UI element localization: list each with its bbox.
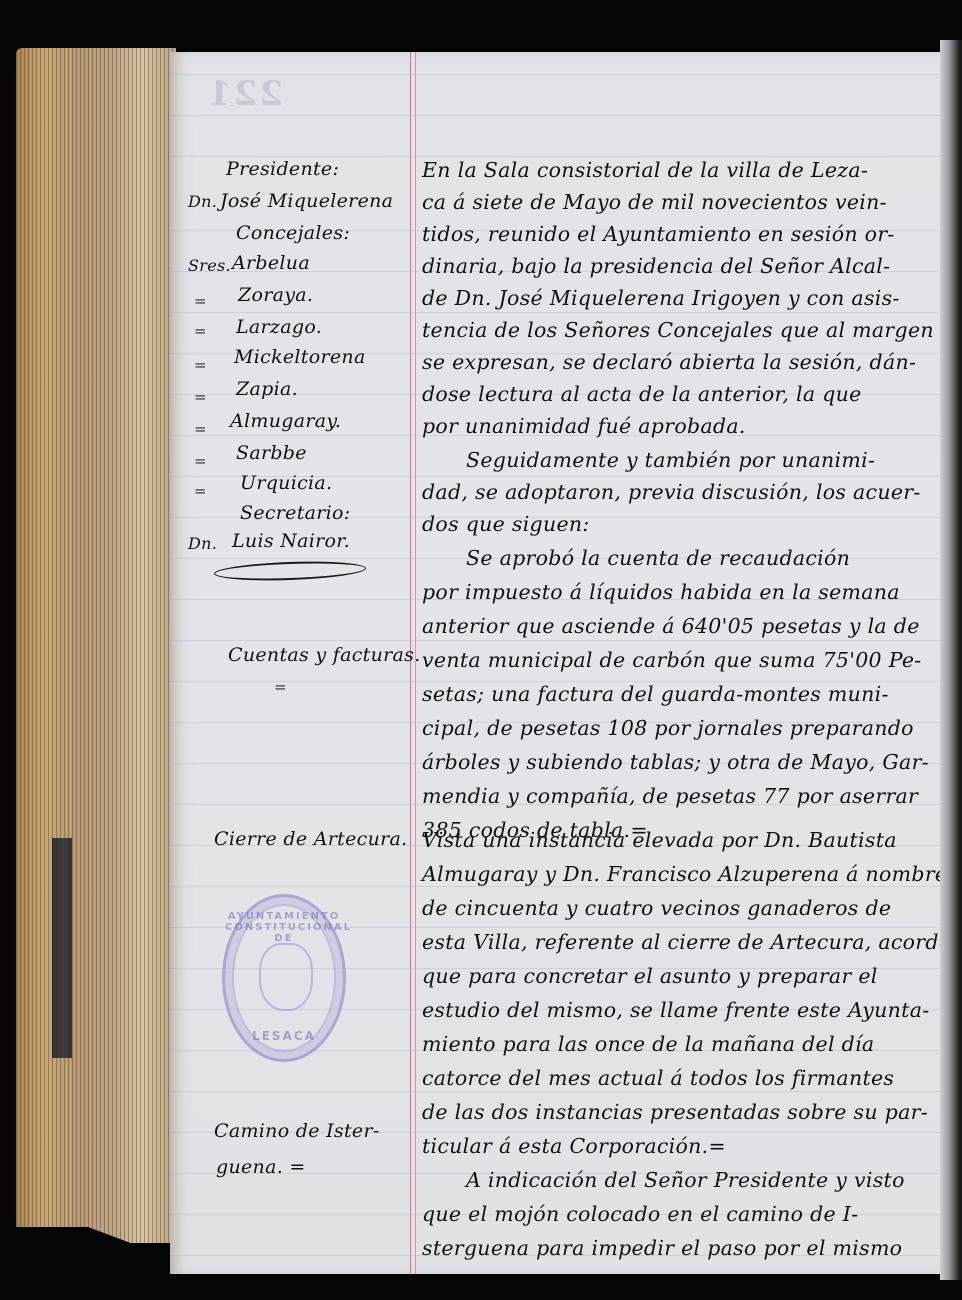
body-line: árboles y subiendo tablas; y otra de May…	[422, 750, 929, 774]
body-line: tencia de los Señores Concejales que al …	[422, 318, 934, 342]
body-line: miento para las once de la mañana del dí…	[422, 1032, 874, 1056]
body-line: catorce del mes actual á todos los firma…	[422, 1066, 894, 1090]
attendance-president-name: José Miquelerena	[220, 190, 393, 212]
margin-note-isterguena-road-cont: guena. =	[216, 1156, 306, 1178]
official-stamp: AYUNTAMIENTO CONSTITUCIONAL DE LESACA	[222, 894, 346, 1062]
attendance-ditto-mark: =	[194, 388, 207, 406]
attendance-councillor: Larzago.	[236, 316, 322, 338]
attendance-heading-secretary: Secretario:	[240, 502, 351, 524]
body-line: dos que siguen:	[422, 512, 590, 536]
body-line: dad, se adoptaron, previa discusión, los…	[422, 480, 921, 504]
body-line: Vista una instancia elevada por Dn. Baut…	[422, 828, 897, 852]
body-line: sterguena para impedir el paso por el mi…	[422, 1236, 902, 1260]
attendance-councillor: Zapia.	[236, 378, 298, 400]
attendance-heading-president: Presidente:	[226, 158, 339, 180]
margin-note-artecura-closure: Cierre de Artecura.	[214, 828, 407, 850]
attendance-councillor: Arbelua	[232, 252, 310, 274]
page-stack-notch	[16, 1227, 136, 1245]
body-line: de cincuenta y cuatro vecinos ganaderos …	[422, 896, 891, 920]
minutes-body: En la Sala consistorial de la villa de L…	[422, 52, 937, 1274]
attendance-ditto-mark: =	[194, 356, 207, 374]
body-line: se expresan, se declaró abierta la sesió…	[422, 350, 916, 374]
attendance-prefix: Dn.	[188, 192, 217, 211]
attendance-prefix: Dn.	[188, 534, 217, 553]
body-line: ca á siete de Mayo de mil novecientos ve…	[422, 190, 887, 214]
body-line: A indicación del Señor Presidente y vist…	[466, 1168, 905, 1192]
body-line: tidos, reunido el Ayuntamiento en sesión…	[422, 222, 895, 246]
coat-of-arms-icon	[259, 943, 313, 1011]
body-line: anterior que asciende á 640'05 pesetas y…	[422, 614, 920, 638]
body-line: cipal, de pesetas 108 por jornales prepa…	[422, 716, 914, 740]
body-line: venta municipal de carbón que suma 75'00…	[422, 648, 922, 672]
body-line: Se aprobó la cuenta de recaudación	[466, 546, 850, 570]
body-line: mendia y compañía, de pesetas 77 por ase…	[422, 784, 918, 808]
stamp-top-text: AYUNTAMIENTO CONSTITUCIONAL DE	[225, 911, 343, 944]
margin-note-accounts: Cuentas y facturas.	[228, 644, 421, 666]
page-stack-shadow	[52, 838, 72, 1058]
body-line: dinaria, bajo la presidencia del Señor A…	[422, 254, 890, 278]
body-line: por impuesto á líquidos habida en la sem…	[422, 580, 900, 604]
closing-flourish	[214, 559, 367, 582]
body-line: de las dos instancias presentadas sobre …	[422, 1100, 928, 1124]
attendance-councillor: Mickeltorena	[234, 346, 366, 368]
body-line: ticular á esta Corporación.=	[422, 1134, 726, 1158]
body-line: por unanimidad fué aprobada.	[422, 414, 746, 438]
attendance-ditto-mark: =	[194, 452, 207, 470]
body-line: Almugaray y Dn. Francisco Alzuperena á n…	[422, 862, 940, 886]
attendance-councillor: Almugaray.	[230, 410, 341, 432]
body-line: estudio del mismo, se llame frente este …	[422, 998, 929, 1022]
body-line: Seguidamente y también por unanimi-	[466, 448, 875, 472]
margin-column: Presidente: Dn. José Miquelerena Conceja…	[170, 52, 410, 1274]
body-line: que el mojón colocado en el camino de I-	[422, 1202, 858, 1226]
margin-note-isterguena-road: Camino de Ister-	[214, 1120, 380, 1142]
body-line: esta Villa, referente al cierre de Artec…	[422, 930, 940, 954]
attendance-ditto-mark: =	[194, 322, 207, 340]
attendance-ditto-mark: =	[194, 292, 207, 310]
attendance-councillor: Zoraya.	[238, 284, 313, 306]
attendance-heading-councillors: Concejales:	[236, 222, 350, 244]
body-line: En la Sala consistorial de la villa de L…	[422, 158, 868, 182]
body-line: dose lectura al acta de la anterior, la …	[422, 382, 862, 406]
attendance-councillor: Urquicia.	[240, 472, 332, 494]
book-fore-edge	[16, 48, 176, 1243]
attendance-ditto-mark: =	[194, 482, 207, 500]
body-line: que para concretar el asunto y preparar …	[422, 964, 878, 988]
facing-page-edge	[940, 40, 962, 1280]
margin-note-mark: =	[274, 678, 287, 696]
stamp-bottom-text: LESACA	[225, 1029, 343, 1043]
attendance-ditto-mark: =	[194, 420, 207, 438]
body-line: de Dn. José Miquelerena Irigoyen y con a…	[422, 286, 900, 310]
body-line: setas; una factura del guarda-montes mun…	[422, 682, 889, 706]
attendance-councillor: Sarbbe	[236, 442, 307, 464]
ledger-page: 221 Presidente: Dn. José Miquelerena Con…	[170, 52, 940, 1274]
attendance-prefix: Sres.	[188, 256, 231, 275]
attendance-secretary-name: Luis Nairor.	[232, 530, 350, 552]
